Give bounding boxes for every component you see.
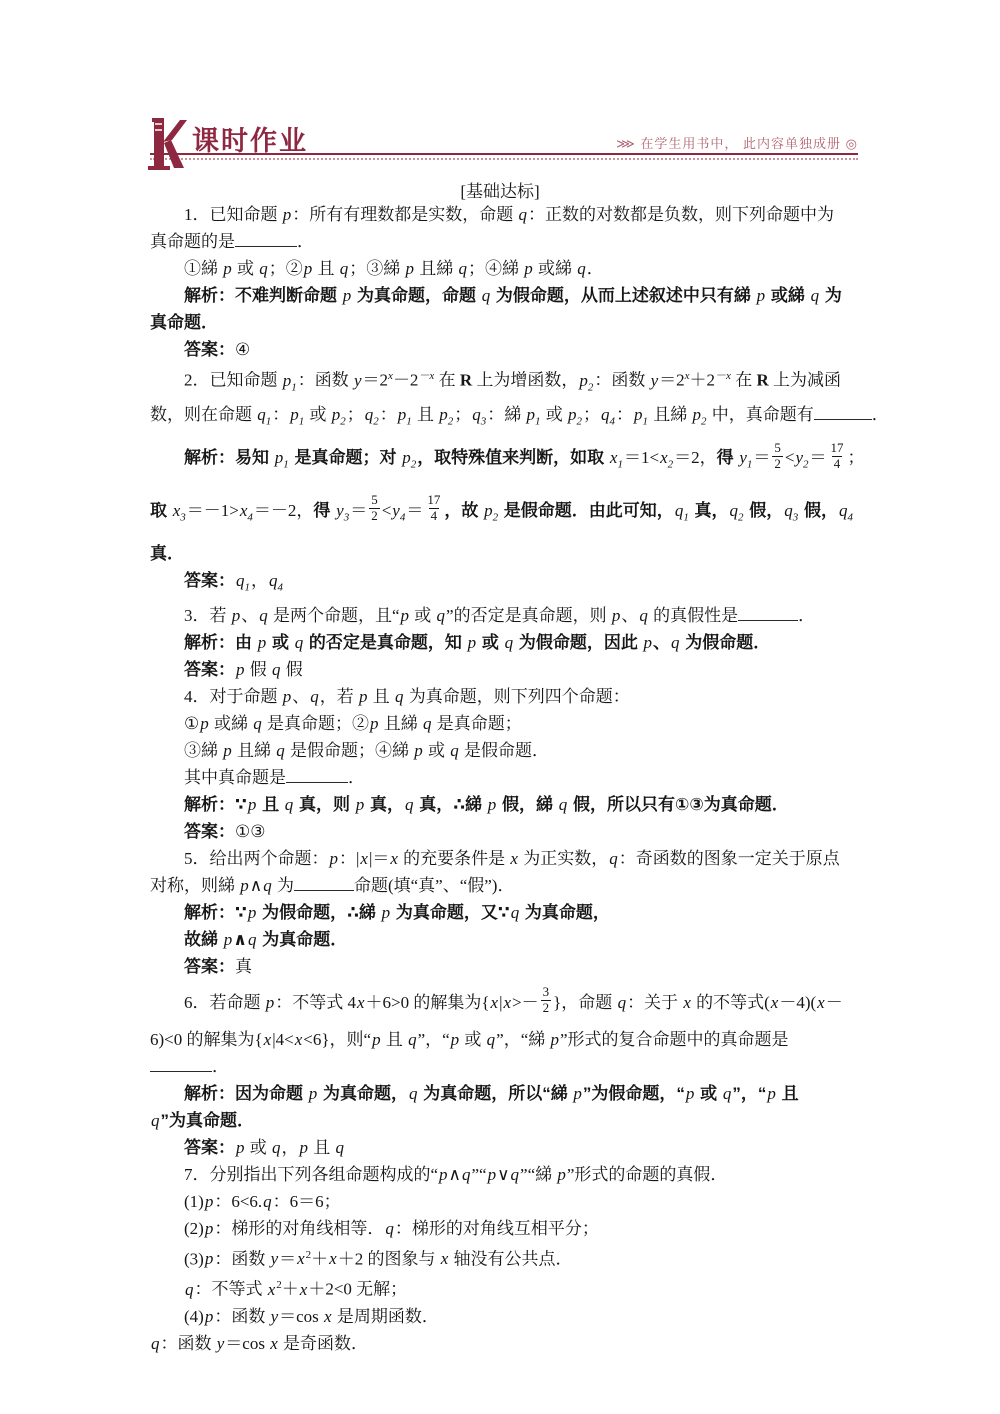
math-variable: p1 (289, 405, 305, 424)
math-variable: y1 (738, 448, 753, 467)
math-variable: p1 (397, 405, 413, 424)
math-variable: p (247, 903, 258, 922)
text-run: ， (251, 571, 268, 590)
math-variable: p2 (438, 405, 454, 424)
text-run: ＋6>0 的解集为{ (366, 993, 490, 1012)
label-run: 解析： (184, 795, 235, 814)
subscript: 4 (278, 582, 284, 594)
math-variable: q (394, 687, 405, 706)
math-variable: q (247, 930, 258, 949)
fraction: 52 (772, 441, 783, 472)
text-line: (4)p：函数 y＝cos x 是周期函数． (150, 1303, 870, 1330)
emphasis-run: 取 (150, 501, 172, 520)
math-variable: q4 (268, 571, 284, 590)
fraction: 174 (425, 493, 442, 524)
brand-k-icon (146, 116, 188, 172)
text-run: (1) (184, 1192, 204, 1211)
math-variable: q (510, 1165, 521, 1184)
fraction-numerator: 17 (829, 441, 846, 456)
math-variable: q (504, 633, 515, 652)
fraction: 32 (541, 985, 552, 1016)
subscript: 2 (701, 415, 707, 427)
math-variable: q (184, 1280, 195, 1299)
emphasis-run: 假， (799, 501, 838, 520)
math-variable: x (770, 993, 780, 1012)
math-variable: p (308, 1084, 319, 1103)
text-run: 且 (382, 1030, 408, 1049)
emphasis-run: 真， (690, 501, 729, 520)
math-variable: q (284, 795, 295, 814)
subscript: 1 (283, 459, 289, 471)
math-variable: q (275, 741, 286, 760)
text-run: < (382, 501, 392, 520)
subscript: 2 (493, 511, 499, 523)
text-line: 答案：p 或 q，p 且 q (150, 1134, 870, 1161)
math-variable: q (458, 259, 469, 278)
text-run: 是真命题； (433, 714, 522, 733)
emphasis-run: 假， (745, 501, 784, 520)
fraction-numerator: 3 (541, 985, 552, 1000)
emphasis-run: 为假命题，∴綈 (257, 903, 380, 922)
math-variable: p (222, 741, 233, 760)
text-line: 答案：①③ (150, 818, 870, 845)
text-run: 在 (731, 371, 757, 390)
text-run: ； (454, 405, 471, 424)
text-run: 是真命题；② (263, 714, 369, 733)
text-run: 且綈 (649, 405, 692, 424)
math-variable: x (323, 1307, 333, 1326)
subscript: 1 (266, 415, 272, 427)
subscript: 3 (180, 511, 186, 523)
text-run: ：| (339, 849, 359, 868)
math-variable: x1 (609, 448, 624, 467)
answer-blank (286, 767, 348, 783)
math-variable: p (371, 1030, 382, 1049)
text-run: ”形式的复合命题中的真命题是 (560, 1030, 789, 1049)
fraction-denominator: 2 (369, 508, 380, 524)
math-variable: q2 (364, 405, 380, 424)
math-variable: p (756, 286, 767, 305)
text-run: (3) (184, 1249, 204, 1268)
math-variable: q (436, 606, 447, 625)
text-run: ：正数的对数都是负数，则下列命题中为 (528, 205, 834, 224)
text-run: ＝ (810, 448, 827, 467)
text-run: 或 (246, 1138, 272, 1157)
text-run: 是假命题． (460, 741, 549, 760)
emphasis-run: 且 (777, 1084, 799, 1103)
math-variable: p1 (274, 448, 290, 467)
emphasis-run: 真． (150, 544, 184, 563)
subscript: 1 (617, 459, 623, 471)
emphasis-run: 易知 (235, 448, 274, 467)
text-run: －2 (393, 371, 419, 390)
text-line: 对称，则綈 p∧q 为命题(填“真”、“假”)． (150, 872, 870, 899)
math-variable: p (438, 1165, 449, 1184)
text-run: ； (347, 405, 364, 424)
text-run: ”，“綈 (496, 1030, 549, 1049)
text-line: ③綈 p 且綈 q 是假命题；④綈 p 或 q 是假命题． (150, 737, 870, 764)
emphasis-run: 为假命题． (681, 633, 771, 652)
subscript: 4 (400, 511, 406, 523)
text-run: ， (282, 1138, 299, 1157)
math-variable: x (816, 993, 826, 1012)
subscript: 4 (848, 511, 854, 523)
text-run: 2．已知命题 (184, 371, 282, 390)
text-run: 假 (246, 660, 272, 679)
text-run: ． (587, 259, 604, 278)
math-variable: p (550, 1030, 561, 1049)
text-run: 且綈 (415, 259, 458, 278)
emphasis-run: 为真命题，命题 (352, 286, 480, 305)
text-run: －4)( (779, 993, 816, 1012)
text-run: 且 (309, 1138, 335, 1157)
emphasis-run: 、 (653, 633, 670, 652)
math-variable: q1 (674, 501, 690, 520)
math-variable: x (503, 993, 513, 1012)
text-run: 6．若命题 (184, 993, 265, 1012)
text-run: 、 (292, 687, 309, 706)
text-line: 1．已知命题 p：所有有理数都是实数，命题 q：正数的对数都是负数，则下列命题中… (150, 201, 870, 228)
text-line: 5．给出两个命题：p：|x|＝x 的充要条件是 x 为正实数，q：奇函数的图象一… (150, 845, 870, 872)
math-variable: p (643, 633, 654, 652)
math-variable: q2 (729, 501, 745, 520)
subscript: 3 (793, 511, 799, 523)
text-run: ； (583, 405, 600, 424)
text-line: 真命题． (150, 309, 870, 336)
answer-blank (294, 875, 354, 891)
text-run: ＝1< (624, 448, 659, 467)
text-line: 解析：易知 p1 是真命题；对 p2，取特殊值来判断，如取 x1＝1<x2＝2，… (150, 435, 870, 487)
text-run: ：函数 (214, 1249, 269, 1268)
text-run: |＝ (369, 849, 389, 868)
text-run: 是两个命题，且“ (269, 606, 400, 625)
section-title: [基础达标] (0, 177, 1000, 202)
text-run: ③綈 (184, 741, 222, 760)
subscript: 2 (668, 459, 674, 471)
text-line: 答案：真 (150, 953, 870, 980)
math-variable: p (282, 687, 293, 706)
text-run: 上为减函 (769, 371, 841, 390)
math-variable: p (400, 606, 411, 625)
text-run: 或綈 (534, 259, 577, 278)
text-line: 其中真命题是． (150, 764, 870, 791)
text-line: ①p 或綈 q 是真命题；②p 且綈 q 是真命题； (150, 710, 870, 737)
text-line: 故綈 p∧q 为真命题． (150, 926, 870, 953)
math-variable: p (204, 1219, 215, 1238)
text-run: 对称，则綈 (150, 876, 239, 895)
math-variable: p (556, 1165, 567, 1184)
text-run: ①綈 (184, 259, 222, 278)
math-variable: p (239, 876, 250, 895)
text-run: 或 (460, 1030, 486, 1049)
text-run: ＝ (753, 448, 770, 467)
fraction-denominator: 2 (541, 1000, 552, 1016)
text-line: 解析：由 p 或 q 的否定是真命题，知 p 或 q 为假命题，因此 p、q 为… (150, 629, 870, 656)
math-variable: q (404, 795, 415, 814)
fraction-numerator: 17 (425, 493, 442, 508)
math-variable: y3 (335, 501, 350, 520)
emphasis-run: ”为假命题，“ (583, 1084, 685, 1103)
text-run: 且綈 (380, 714, 423, 733)
text-line: 真． (150, 540, 870, 567)
math-variable: x (294, 1030, 304, 1049)
text-run: ：函数 (214, 1307, 269, 1326)
text-run: ＋2 (690, 371, 716, 390)
emphasis-run: 假，綈 (497, 795, 557, 814)
math-variable: y (650, 371, 660, 390)
emphasis-run: 的否定是真命题，知 (304, 633, 466, 652)
superscript: －x (715, 370, 731, 382)
text-run: ． (872, 405, 889, 424)
text-line: 解析：不难判断命题 p 为真命题，命题 q 为假命题，从而上述叙述中只有綈 p … (150, 282, 870, 309)
math-variable: y (216, 1334, 226, 1353)
math-variable: q (422, 714, 433, 733)
math-variable: p1 (633, 405, 649, 424)
text-run: 数，则在命题 (150, 405, 256, 424)
subscript: 2 (738, 511, 744, 523)
text-run: ：函数 (298, 371, 353, 390)
math-variable: p (467, 633, 478, 652)
label-run: 解析： (184, 448, 235, 467)
math-variable: q (294, 633, 305, 652)
text-run: ：奇函数的图象一定关于原点 (619, 849, 840, 868)
text-run: 为真命题，则下列四个命题： (405, 687, 630, 706)
text-line: 6．若命题 p：不等式 4x＋6>0 的解集为{x|x>－32}，命题 q：关于… (150, 980, 870, 1026)
text-run: ∨ (497, 1165, 509, 1184)
math-variable: q (384, 1219, 395, 1238)
emphasis-run: 真命题． (150, 313, 218, 332)
math-variable: p (685, 1084, 696, 1103)
math-variable: p (231, 606, 242, 625)
text-run: 或 (410, 606, 436, 625)
emphasis-run: 不难判断命题 (235, 286, 342, 305)
math-variable: x (263, 1030, 273, 1049)
text-line: 答案：④ (150, 336, 870, 363)
emphasis-run: 为假命题，从而上述叙述中只有綈 (491, 286, 755, 305)
text-line: q：不等式 x2＋x＋2<0 无解； (150, 1272, 870, 1303)
math-variable: p2 (483, 501, 499, 520)
math-variable: p (247, 795, 258, 814)
text-run: ＝ (279, 1249, 296, 1268)
math-variable: p (204, 1192, 215, 1211)
text-run: ：不等式 4 (275, 993, 356, 1012)
math-variable: q (271, 660, 282, 679)
subscript: 1 (291, 381, 297, 393)
math-variable: p (257, 633, 268, 652)
math-variable: q1 (235, 571, 251, 590)
math-variable: q (461, 1165, 472, 1184)
subscript: 1 (747, 459, 753, 471)
text-line: 解析：∵p 且 q 真，则 p 真，q 真，∴綈 p 假，綈 q 假，所以只有①… (150, 791, 870, 818)
emphasis-run: ”，“ (732, 1084, 766, 1103)
emphasis-run: 真，∴綈 (414, 795, 486, 814)
text-run: ① (184, 714, 199, 733)
math-variable: x4 (239, 501, 254, 520)
emphasis-run: 为 (820, 286, 842, 305)
math-variable: p (405, 259, 416, 278)
math-variable: p (265, 993, 276, 1012)
math-variable: x (389, 849, 399, 868)
emphasis-run: ，故 (444, 501, 483, 520)
subscript: 4 (610, 415, 616, 427)
text-run: ：函数 (161, 1334, 216, 1353)
math-variable: p (381, 903, 392, 922)
text-run: ． (212, 1057, 229, 1076)
text-line: 数，则在命题 q1：p1 或 p2；q2：p1 且 p2；q3：綈 p1 或 p… (150, 401, 870, 435)
math-variable: p (299, 1138, 310, 1157)
text-run: ． (297, 232, 314, 251)
math-variable: q (339, 259, 350, 278)
answer-blank (738, 605, 798, 621)
text-line: 答案：q1，q4 (150, 567, 870, 601)
math-variable: x3 (172, 501, 187, 520)
math-variable: q4 (600, 405, 616, 424)
emphasis-run: 得 (717, 448, 739, 467)
math-variable: q3 (471, 405, 487, 424)
math-variable: p1 (282, 371, 298, 390)
fraction: 174 (829, 441, 846, 472)
math-variable: p (369, 714, 380, 733)
text-run: 是奇函数． (279, 1334, 368, 1353)
math-variable: q (262, 1192, 273, 1211)
text-run: <6}，则“ (303, 1030, 371, 1049)
text-run: 上为增函数， (472, 371, 578, 390)
fraction-denominator: 2 (772, 456, 783, 472)
text-run: 6)<0 的解集为{ (150, 1030, 263, 1049)
text-run: ：函数 (594, 371, 649, 390)
document-body: 1．已知命题 p：所有有理数都是实数，命题 q：正数的对数都是负数，则下列命题中… (150, 201, 870, 1357)
math-variable: x (356, 993, 366, 1012)
text-run: 且 (369, 687, 395, 706)
text-line: 真命题的是． (150, 228, 870, 255)
subscript: 3 (481, 415, 487, 427)
math-variable: q (558, 795, 569, 814)
text-run: ：綈 (487, 405, 525, 424)
text-run: ，若 (320, 687, 358, 706)
text-run: ：所有有理数都是实数，命题 (292, 205, 517, 224)
math-variable: q (608, 849, 619, 868)
math-bold-symbol: R (756, 371, 768, 390)
text-run: 真 (235, 957, 252, 976)
math-variable: x (509, 849, 519, 868)
emphasis-run: 假，所以只有①③为真命题． (568, 795, 789, 814)
math-variable: q (481, 286, 492, 305)
emphasis-run: 故綈 (184, 930, 223, 949)
text-line: 答案：p 假 q 假 (150, 656, 870, 683)
text-run: 且 (413, 405, 439, 424)
math-variable: q (271, 1138, 282, 1157)
text-line: q：函数 y＝cos x 是奇函数． (150, 1330, 870, 1357)
text-run: 、 (241, 606, 258, 625)
text-run: 、 (621, 606, 638, 625)
label-run: 解析： (184, 633, 235, 652)
math-variable: q (408, 1084, 419, 1103)
text-run: ． (798, 606, 815, 625)
text-run: ＝2 (363, 371, 389, 390)
label-run: 答案： (184, 957, 235, 976)
emphasis-run: 真， (365, 795, 404, 814)
text-run: ”的否定是真命题，则 (446, 606, 611, 625)
subscript: 2 (448, 415, 454, 427)
text-run: (2) (184, 1219, 204, 1238)
emphasis-run: ，取特殊值来判断，如取 (417, 448, 609, 467)
math-variable: x (490, 993, 500, 1012)
math-variable: x (296, 1249, 306, 1268)
math-variable: q (518, 205, 529, 224)
math-variable: q3 (783, 501, 799, 520)
text-run: 或 (542, 405, 568, 424)
emphasis-run: ”为真命题． (161, 1111, 255, 1130)
emphasis-run: 或 (695, 1084, 721, 1103)
circle-badge-icon: ◎ (846, 136, 858, 151)
text-run: | (499, 993, 502, 1012)
subscript: 2 (340, 415, 346, 427)
math-variable: p (766, 1084, 777, 1103)
text-line: (1)p：6<6.q：6＝6； (150, 1188, 870, 1215)
text-run: 命题(填“真”、“假”)． (354, 876, 515, 895)
emphasis-run: 为真命题， (520, 903, 610, 922)
math-variable: x (359, 849, 369, 868)
text-run: ”形式的命题的真假． (567, 1165, 728, 1184)
worksheet-page: 课时作业 ⋙ 在学生用书中， 此内容单独成册 ◎ [基础达标] 1．已知命题 p… (0, 0, 1000, 1414)
text-run: ＝－2， (254, 501, 314, 520)
text-run: 是假命题；④綈 (286, 741, 414, 760)
text-line: 3．若 p、q 是两个命题，且“p 或 q”的否定是真命题，则 p、q 的真假性… (150, 602, 870, 629)
math-variable: x (299, 1280, 309, 1299)
text-run: ＋2<0 无解； (308, 1280, 407, 1299)
emphasis-run: 且 (257, 795, 283, 814)
text-run: ；② (269, 259, 303, 278)
label-run: 答案： (184, 822, 235, 841)
answer-blank (150, 1056, 212, 1072)
subscript: 2 (577, 415, 583, 427)
math-variable: p (282, 205, 293, 224)
math-variable: p (303, 259, 314, 278)
math-variable: y2 (794, 448, 809, 467)
emphasis-run: 得 (313, 501, 335, 520)
text-run: 或 (305, 405, 331, 424)
math-variable: p (222, 259, 233, 278)
math-variable: p (223, 930, 234, 949)
text-run: 为正实数， (519, 849, 608, 868)
label-run: 解析： (184, 286, 235, 305)
text-run: 轴没有公共点． (449, 1249, 572, 1268)
math-variable: p1 (526, 405, 542, 424)
math-variable: x (682, 993, 692, 1012)
text-line: 取 x3＝－1>x4＝－2，得 y3＝52<y4＝174，故 p2 是假命题．由… (150, 488, 870, 540)
math-variable: p (611, 606, 622, 625)
text-run: (4) (184, 1307, 204, 1326)
subscript: 1 (643, 415, 649, 427)
text-line: (2)p：梯形的对角线相等．q：梯形的对角线互相平分； (150, 1215, 870, 1242)
emphasis-run: 或 (477, 633, 503, 652)
emphasis-run: ∧ (233, 930, 247, 949)
math-variable: x2 (659, 448, 674, 467)
subscript: 1 (245, 582, 251, 594)
text-run: ：6＝6； (273, 1192, 341, 1211)
math-variable: q (150, 1334, 161, 1353)
math-variable: q (510, 903, 521, 922)
text-run: ． (348, 768, 365, 787)
text-run: ④ (235, 340, 250, 359)
text-run: ∧ (449, 1165, 461, 1184)
text-line: 解析：∵p 为假命题，∴綈 p 为真命题，又∵q 为真命题， (150, 899, 870, 926)
text-run: ＝－1> (187, 501, 239, 520)
math-variable: q (258, 606, 269, 625)
text-run: ＋2 的图象与 (338, 1249, 440, 1268)
header-note-text: 在学生用书中， 此内容单独成册 (640, 136, 841, 151)
text-run: ：梯形的对角线互相平分； (395, 1219, 599, 1238)
